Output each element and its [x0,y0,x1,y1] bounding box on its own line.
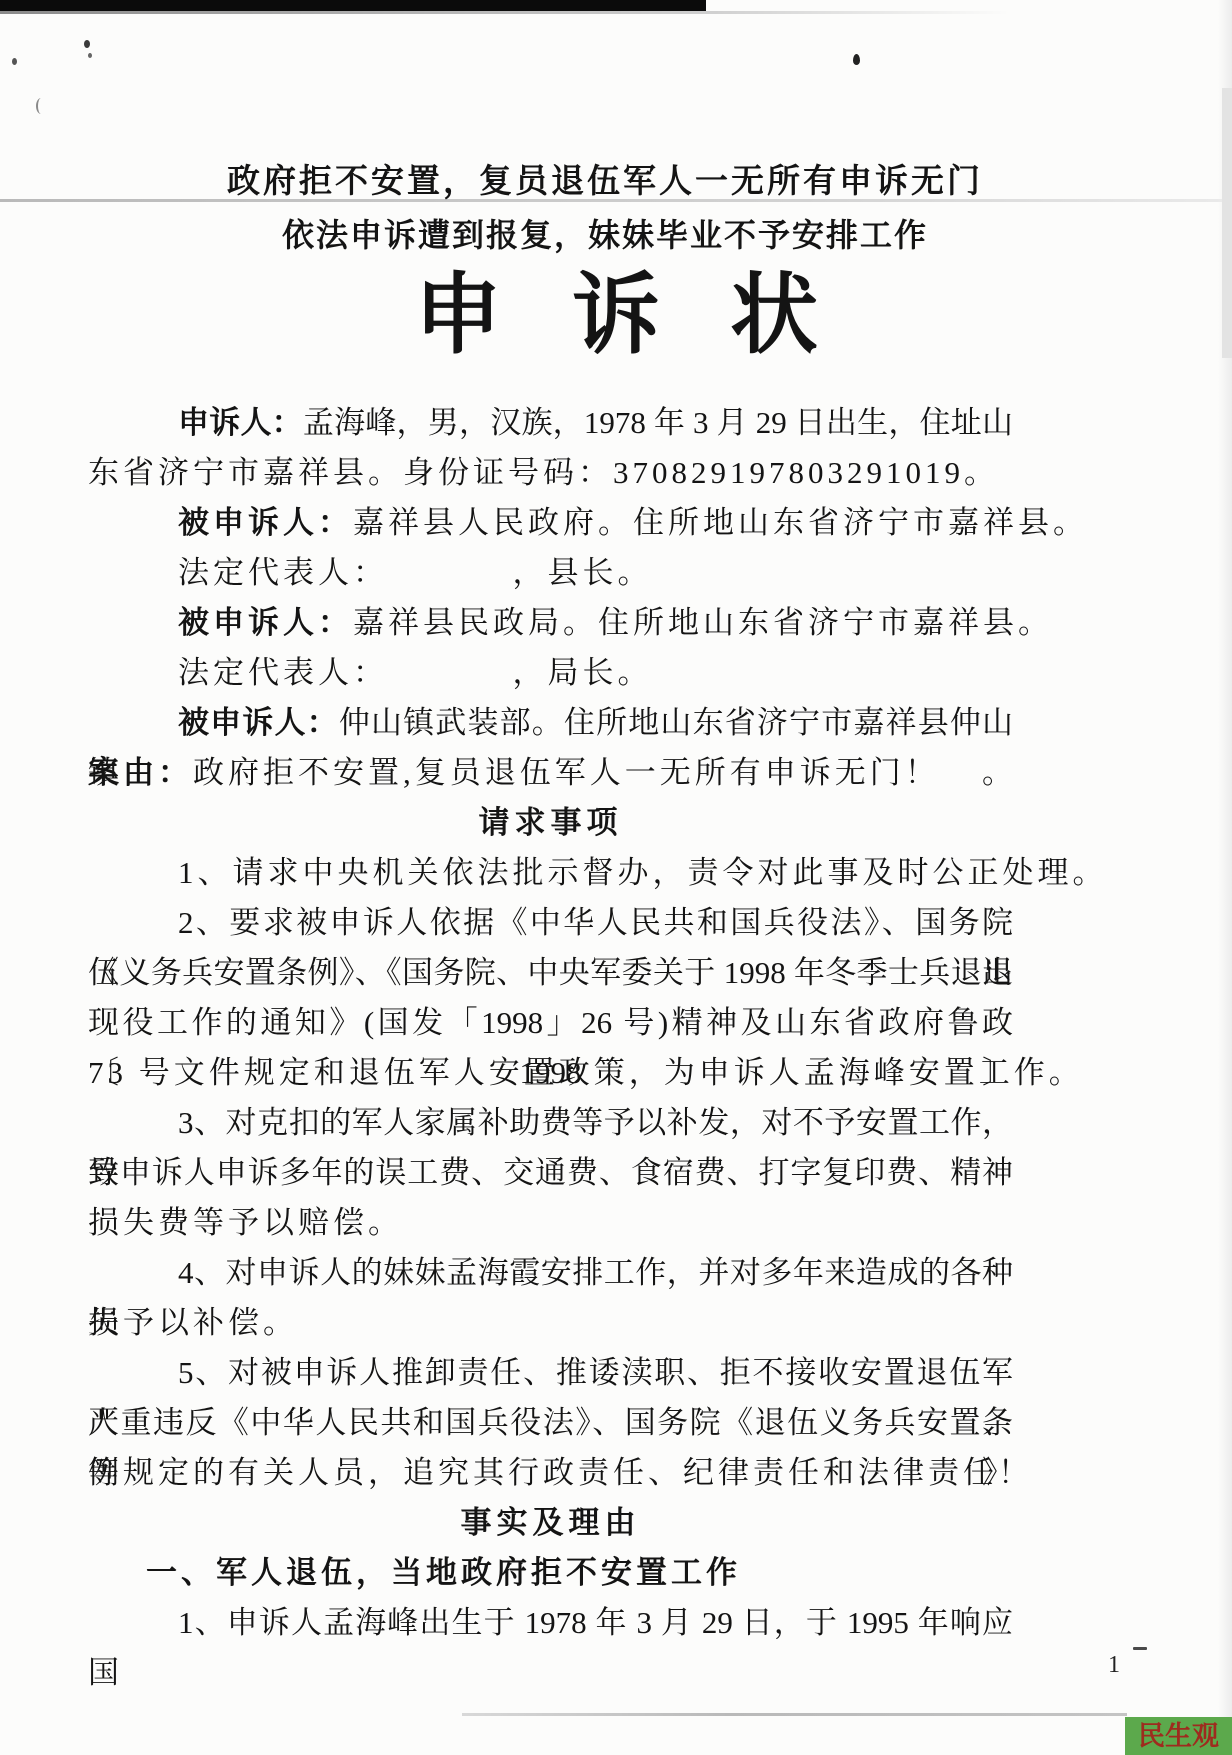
claimant-line: 申诉人：孟海峰，男，汉族，1978 年 3 月 29 日出生，住址山 [88,398,1013,448]
watermark-badge: 民生观察 [1125,1717,1232,1755]
legal-rep1-line: 法定代表人： ，县长。 [88,548,1013,598]
scan-fold-line-bottom [462,1713,1127,1716]
request-item4-line2: 失予以补偿。 [88,1298,1013,1348]
request-item3-line1: 3、对克扣的军人家属补助费等予以补发，对不予安置工作，导 [88,1098,1013,1148]
request-item5-line2: 严重违反《中华人民共和国兵役法》、国务院《退伍义务兵安置条例》 [88,1398,1013,1448]
scan-edge-bar [0,0,706,11]
respondent2-line: 被申诉人：嘉祥县民政局。住所地山东省济宁市嘉祥县。 [88,598,1013,648]
facts-para1-line1: 1、申诉人孟海峰出生于 1978 年 3 月 29 日，于 1995 年响应国 [88,1598,1013,1648]
respondent1-label: 被申诉人： [178,505,353,540]
respondent3-label: 被申诉人： [178,705,339,740]
legal-rep2-line: 法定代表人： ，局长。 [88,648,1013,698]
request-item3-line3: 损失费等予以赔偿。 [88,1198,1013,1248]
request-item2-line3: 现役工作的通知》(国发「1998」26 号)精神及山东省政府鲁政〔1998〕 [88,998,1013,1048]
request-item2-line1: 2、要求被申诉人依据《中华人民共和国兵役法》、国务院《退 [88,898,1013,948]
claimant-label: 申诉人： [178,405,303,440]
request-item5-line3: 等规定的有关人员，追究其行政责任、纪律责任和法律责任！ [88,1448,1013,1498]
respondent3-line: 被申诉人：仲山镇武装部。住所地山东省济宁市嘉祥县仲山镇。 [88,698,1013,748]
request-item2-line4: 73 号文件规定和退伍军人安置政策，为申诉人孟海峰安置工作。 [88,1048,1013,1098]
requests-heading: 请求事项 [88,798,1013,848]
request-item2-line2: 伍义务兵安置条例》、《国务院、中央军委关于 1998 年冬季士兵退出 [88,948,1013,998]
scan-speck [84,40,90,48]
page-number: 1 [1108,1652,1120,1679]
facts-heading: 事实及理由 [88,1498,1013,1548]
claimant-text: 孟海峰，男，汉族，1978 年 3 月 29 日出生，住址山 [303,405,1013,440]
cause-label: 案由： [88,755,193,790]
claimant-line-cont: 东省济宁市嘉祥县。身份证号码：370829197803291019。 [88,448,1013,498]
request-item4-line1: 4、对申诉人的妹妹孟海霞安排工作，并对多年来造成的各种损 [88,1248,1013,1298]
document-title: 申诉状 [0,245,1232,371]
scan-speck [853,54,860,65]
request-item3-line2: 致申诉人申诉多年的误工费、交通费、食宿费、打字复印费、精神 [88,1148,1013,1198]
document-body: 申诉人：孟海峰，男，汉族，1978 年 3 月 29 日出生，住址山 东省济宁市… [88,398,1013,1648]
scan-speck [36,98,46,114]
request-item1: 1、请求中央机关依法批示督办，责令对此事及时公正处理。 [88,848,1013,898]
respondent1-line: 被申诉人：嘉祥县人民政府。住所地山东省济宁市嘉祥县。 [88,498,1013,548]
header-subtitle-line1: 政府拒不安置，复员退伍军人一无所有申诉无门 [0,155,1210,202]
scanned-document-page: 政府拒不安置，复员退伍军人一无所有申诉无门 依法申诉遭到报复，妹妹毕业不予安排工… [0,0,1232,1755]
facts-subheading1: 一、军人退伍，当地政府拒不安置工作 [88,1548,1013,1598]
scan-speck [12,58,17,65]
respondent1-text: 嘉祥县人民政府。住所地山东省济宁市嘉祥县。 [353,505,1088,540]
request-item5-line1: 5、对被申诉人推卸责任、推诿渎职、拒不接收安置退伍军人、 [88,1348,1013,1398]
cause-line: 案由：政府拒不安置,复员退伍军人一无所有申诉无门！ [88,748,1013,798]
scan-edge-line [0,11,1010,14]
respondent2-label: 被申诉人： [178,605,353,640]
scan-speck [88,53,92,58]
respondent2-text: 嘉祥县民政局。住所地山东省济宁市嘉祥县。 [353,605,1053,640]
cause-text: 政府拒不安置,复员退伍军人一无所有申诉无门！ [193,755,940,790]
scan-speck [1133,1647,1147,1650]
